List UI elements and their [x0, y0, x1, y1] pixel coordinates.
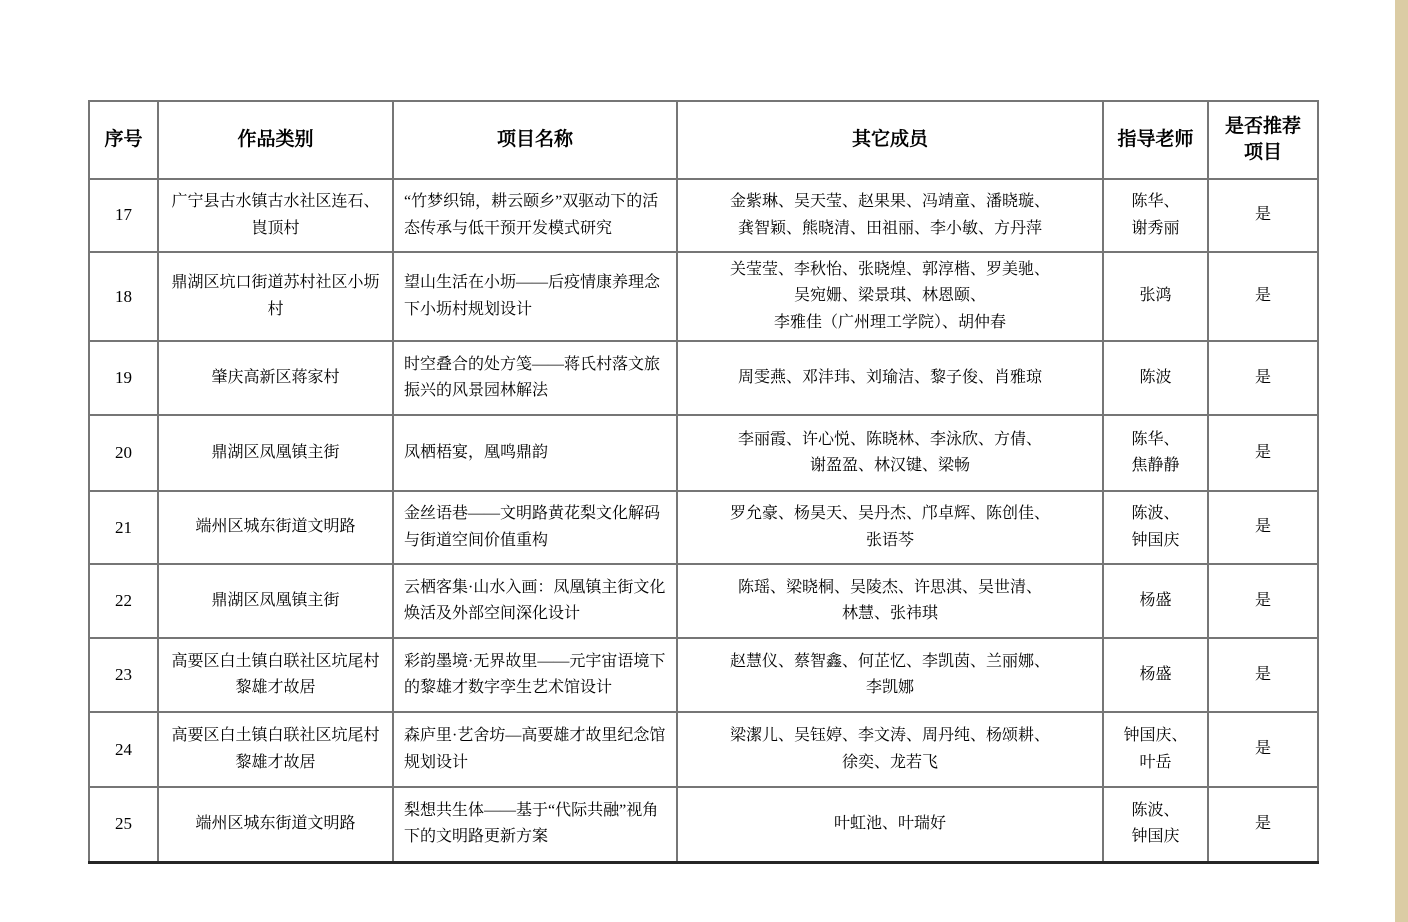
canvas-background-strip — [1395, 0, 1408, 922]
table-row: 20 鼎湖区凤凰镇主街 凤栖梧宴，凰鸣鼎韵 李丽霞、许心悦、陈晓林、李泳欣、方倩… — [89, 415, 1318, 491]
cell-teacher: 陈波、 钟国庆 — [1103, 787, 1208, 862]
cell-category: 肇庆高新区蒋家村 — [158, 341, 393, 415]
cell-category: 端州区城东街道文明路 — [158, 491, 393, 564]
table-row: 22 鼎湖区凤凰镇主街 云栖客集·山水入画：凤凰镇主街文化焕活及外部空间深化设计… — [89, 564, 1318, 638]
cell-no: 25 — [89, 787, 158, 862]
cell-recommended: 是 — [1208, 415, 1318, 491]
cell-no: 19 — [89, 341, 158, 415]
cell-category: 广宁县古水镇古水社区连石、崀顶村 — [158, 179, 393, 252]
table-row: 23 高要区白土镇白联社区坑尾村黎雄才故居 彩韵墨境·无界故里——元宇宙语境下的… — [89, 638, 1318, 712]
header-project: 项目名称 — [393, 101, 677, 179]
cell-recommended: 是 — [1208, 179, 1318, 252]
cell-project: “竹梦织锦，耕云颐乡”双驱动下的活态传承与低干预开发模式研究 — [393, 179, 677, 252]
projects-table: 序号 作品类别 项目名称 其它成员 指导老师 是否推荐 项目 17 广宁县古水镇… — [88, 100, 1319, 864]
cell-recommended: 是 — [1208, 341, 1318, 415]
cell-members: 梁潔儿、吴钰婷、李文涛、周丹纯、杨颂耕、 徐奕、龙若飞 — [677, 712, 1103, 787]
cell-members: 赵慧仪、蔡智鑫、何芷忆、李凯茵、兰丽娜、 李凯娜 — [677, 638, 1103, 712]
cell-project: 森庐里·艺舍坊—高要雄才故里纪念馆规划设计 — [393, 712, 677, 787]
cell-teacher: 陈华、 焦静静 — [1103, 415, 1208, 491]
cell-teacher: 杨盛 — [1103, 638, 1208, 712]
cell-teacher: 钟国庆、 叶岳 — [1103, 712, 1208, 787]
table-row: 18 鼎湖区坑口街道苏村社区小坜村 望山生活在小坜——后疫情康养理念下小坜村规划… — [89, 252, 1318, 341]
header-no: 序号 — [89, 101, 158, 179]
cell-project: 凤栖梧宴，凰鸣鼎韵 — [393, 415, 677, 491]
cell-no: 20 — [89, 415, 158, 491]
cell-members: 罗允豪、杨昊天、吴丹杰、邝卓辉、陈创佳、 张语芩 — [677, 491, 1103, 564]
cell-teacher: 陈华、 谢秀丽 — [1103, 179, 1208, 252]
header-teacher: 指导老师 — [1103, 101, 1208, 179]
cell-no: 23 — [89, 638, 158, 712]
cell-recommended: 是 — [1208, 712, 1318, 787]
cell-project: 云栖客集·山水入画：凤凰镇主街文化焕活及外部空间深化设计 — [393, 564, 677, 638]
cell-recommended: 是 — [1208, 491, 1318, 564]
cell-project: 时空叠合的处方笺——蒋氏村落文旅振兴的风景园林解法 — [393, 341, 677, 415]
cell-teacher: 杨盛 — [1103, 564, 1208, 638]
cell-no: 17 — [89, 179, 158, 252]
cell-category: 鼎湖区凤凰镇主街 — [158, 415, 393, 491]
cell-no: 18 — [89, 252, 158, 341]
cell-teacher: 陈波、 钟国庆 — [1103, 491, 1208, 564]
cell-project: 望山生活在小坜——后疫情康养理念下小坜村规划设计 — [393, 252, 677, 341]
cell-teacher: 陈波 — [1103, 341, 1208, 415]
cell-no: 24 — [89, 712, 158, 787]
table-row: 25 端州区城东街道文明路 梨想共生体——基于“代际共融”视角下的文明路更新方案… — [89, 787, 1318, 862]
cell-teacher: 张鸿 — [1103, 252, 1208, 341]
cell-category: 鼎湖区凤凰镇主街 — [158, 564, 393, 638]
cell-recommended: 是 — [1208, 787, 1318, 862]
cell-category: 端州区城东街道文明路 — [158, 787, 393, 862]
cell-members: 周雯燕、邓沣玮、刘瑜洁、黎子俊、肖雅琼 — [677, 341, 1103, 415]
cell-no: 21 — [89, 491, 158, 564]
cell-members: 李丽霞、许心悦、陈晓林、李泳欣、方倩、 谢盈盈、林汉键、梁畅 — [677, 415, 1103, 491]
table-header-row: 序号 作品类别 项目名称 其它成员 指导老师 是否推荐 项目 — [89, 101, 1318, 179]
cell-members: 叶虹池、叶瑞好 — [677, 787, 1103, 862]
cell-members: 金紫琳、吴天莹、赵果果、冯靖童、潘晓璇、 龚智颖、熊晓清、田祖丽、李小敏、方丹萍 — [677, 179, 1103, 252]
cell-category: 高要区白土镇白联社区坑尾村黎雄才故居 — [158, 712, 393, 787]
table-row: 24 高要区白土镇白联社区坑尾村黎雄才故居 森庐里·艺舍坊—高要雄才故里纪念馆规… — [89, 712, 1318, 787]
table-row: 19 肇庆高新区蒋家村 时空叠合的处方笺——蒋氏村落文旅振兴的风景园林解法 周雯… — [89, 341, 1318, 415]
cell-project: 梨想共生体——基于“代际共融”视角下的文明路更新方案 — [393, 787, 677, 862]
cell-members: 关莹莹、李秋怡、张晓煌、郭淳楷、罗美驰、 吴宛姗、梁景琪、林恩颐、 李雅佳（广州… — [677, 252, 1103, 341]
header-members: 其它成员 — [677, 101, 1103, 179]
cell-recommended: 是 — [1208, 252, 1318, 341]
header-category: 作品类别 — [158, 101, 393, 179]
cell-recommended: 是 — [1208, 638, 1318, 712]
cell-project: 彩韵墨境·无界故里——元宇宙语境下的黎雄才数字孪生艺术馆设计 — [393, 638, 677, 712]
table-row: 21 端州区城东街道文明路 金丝语巷——文明路黄花梨文化解码与街道空间价值重构 … — [89, 491, 1318, 564]
cell-category: 鼎湖区坑口街道苏村社区小坜村 — [158, 252, 393, 341]
table-row: 17 广宁县古水镇古水社区连石、崀顶村 “竹梦织锦，耕云颐乡”双驱动下的活态传承… — [89, 179, 1318, 252]
cell-recommended: 是 — [1208, 564, 1318, 638]
header-recommended: 是否推荐 项目 — [1208, 101, 1318, 179]
cell-members: 陈瑶、梁晓桐、吴陵杰、许思淇、吴世清、 林慧、张祎琪 — [677, 564, 1103, 638]
cell-no: 22 — [89, 564, 158, 638]
cell-category: 高要区白土镇白联社区坑尾村黎雄才故居 — [158, 638, 393, 712]
cell-project: 金丝语巷——文明路黄花梨文化解码与街道空间价值重构 — [393, 491, 677, 564]
